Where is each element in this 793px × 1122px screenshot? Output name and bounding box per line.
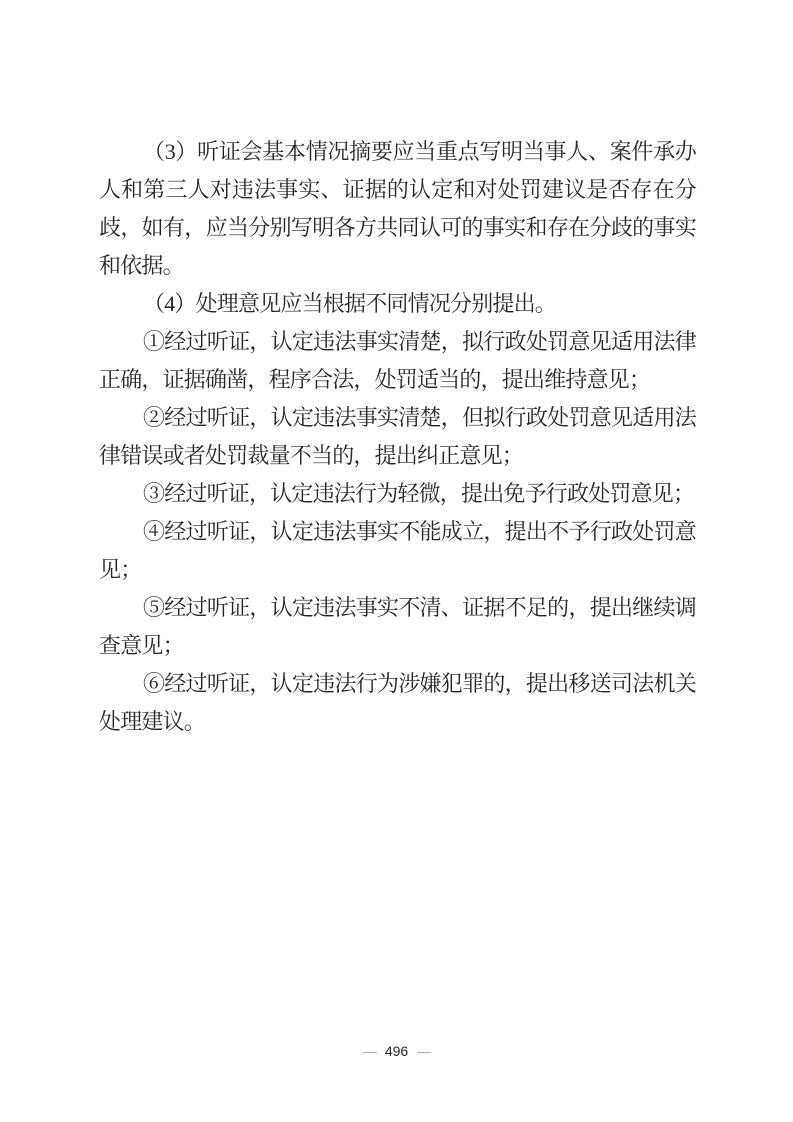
footer-dash-right: —	[417, 1043, 430, 1059]
list-item-1: ①经过听证，认定违法事实清楚，拟行政处罚意见适用法律正确，证据确凿，程序合法，处…	[99, 323, 696, 399]
paragraph-4: （4）处理意见应当根据不同情况分别提出。	[99, 285, 696, 323]
list-item-2: ②经过听证，认定违法事实清楚，但拟行政处罚意见适用法律错误或者处罚裁量不当的，提…	[99, 399, 696, 475]
list-item-3: ③经过听证，认定违法行为轻微，提出免予行政处罚意见；	[99, 475, 696, 513]
list-item-6: ⑥经过听证，认定违法行为涉嫌犯罪的，提出移送司法机关处理建议。	[99, 665, 696, 741]
document-page: （3）听证会基本情况摘要应当重点写明当事人、案件承办人和第三人对违法事实、证据的…	[0, 0, 793, 1122]
page-number: 496	[385, 1043, 408, 1059]
list-item-5: ⑤经过听证，认定违法事实不清、证据不足的，提出继续调查意见；	[99, 589, 696, 665]
page-footer: —496—	[0, 1042, 793, 1060]
paragraph-3: （3）听证会基本情况摘要应当重点写明当事人、案件承办人和第三人对违法事实、证据的…	[99, 133, 696, 285]
list-item-4: ④经过听证，认定违法事实不能成立，提出不予行政处罚意见；	[99, 513, 696, 589]
footer-dash-left: —	[363, 1043, 376, 1059]
body-text: （3）听证会基本情况摘要应当重点写明当事人、案件承办人和第三人对违法事实、证据的…	[99, 133, 696, 741]
